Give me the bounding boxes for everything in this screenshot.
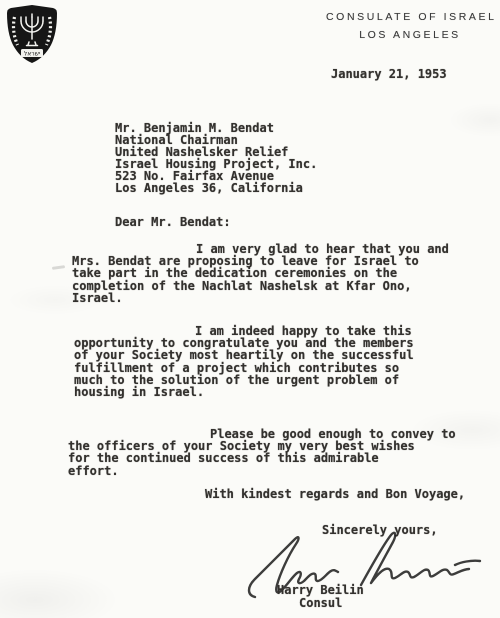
signature-stroke-last-name (361, 533, 469, 585)
israel-state-emblem-icon: ישראל (4, 4, 60, 64)
signature-name: Harry Beilin (277, 584, 364, 596)
scan-artifact-mark (52, 265, 65, 270)
salutation: Dear Mr. Bendat: (115, 216, 231, 228)
date-line: January 21, 1953 (331, 68, 447, 80)
letter-page: ישראל CONSULATE OF ISRAEL LOS ANGELES Ja… (0, 0, 500, 618)
body-paragraph-2: I am indeed happy to take this opportuni… (74, 325, 414, 398)
signature-title: Consul (299, 597, 342, 609)
emblem-hebrew-label: ישראל (24, 51, 40, 58)
body-paragraph-3: Please be good enough to convey to the o… (68, 428, 456, 477)
signature-stroke-flourish (455, 561, 480, 565)
recipient-address: Mr. Benjamin M. Bendat National Chairman… (115, 122, 317, 194)
letterhead-org-name: CONSULATE OF ISRAEL (326, 11, 494, 23)
body-paragraph-1: I am very glad to hear that you and Mrs.… (72, 243, 449, 304)
letterhead: CONSULATE OF ISRAEL LOS ANGELES (326, 11, 494, 41)
closing-line: With kindest regards and Bon Voyage, (205, 488, 465, 500)
letterhead-city: LOS ANGELES (326, 29, 494, 41)
